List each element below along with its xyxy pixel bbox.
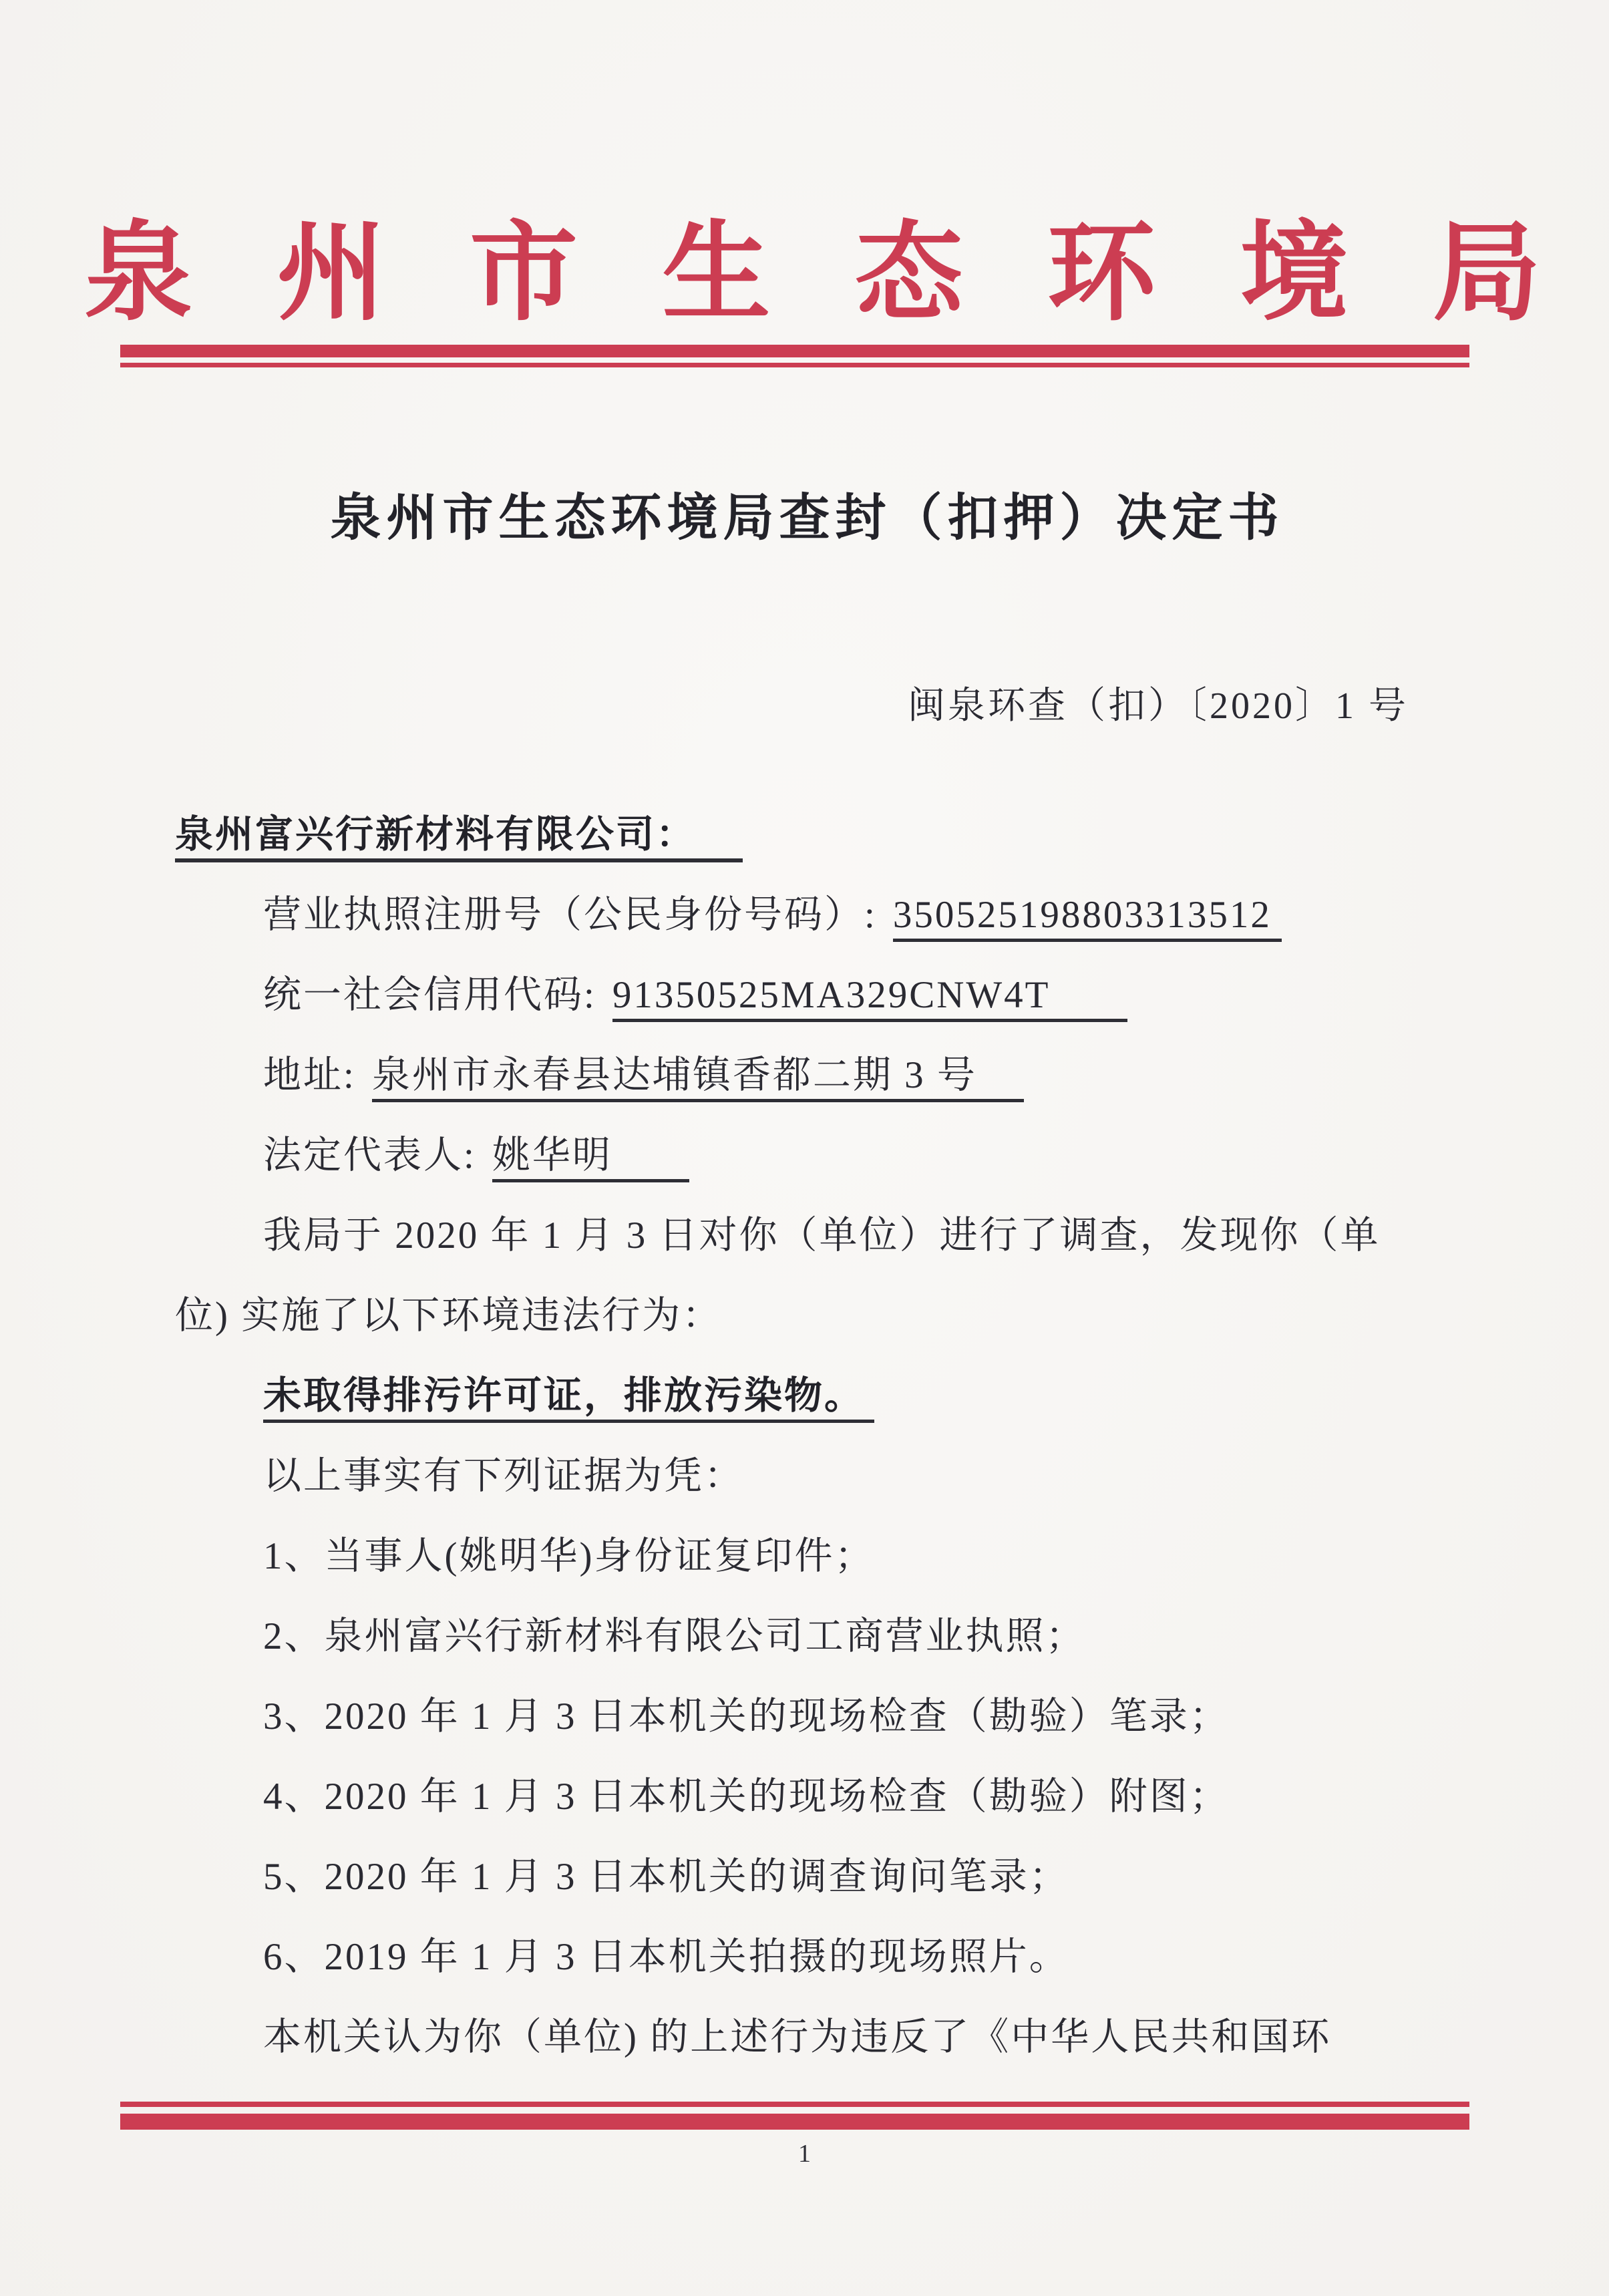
field-legal-representative-value: 姚华明 <box>492 1134 689 1182</box>
field-credit-code-value: 91350525MA329CNW4T <box>612 974 1127 1022</box>
evidence-item-1: 1、当事人(姚明华)身份证复印件； <box>175 1516 1489 1597</box>
evidence-item-4: 4、2020 年 1 月 3 日本机关的现场检查（勘验）附图； <box>175 1757 1489 1837</box>
field-address-label: 地址: <box>263 1054 356 1096</box>
investigation-paragraph-line-2: 位) 实施了以下环境违法行为： <box>175 1276 1489 1356</box>
field-credit-code-label: 统一社会信用代码: <box>263 974 596 1016</box>
field-address-value: 泉州市永春县达埔镇香都二期 3 号 <box>372 1054 1024 1102</box>
document-body: 泉州富兴行新材料有限公司： 营业执照注册号（公民身份号码）:3505251988… <box>175 795 1489 2078</box>
field-business-license-label: 营业执照注册号（公民身份号码）: <box>263 894 877 936</box>
field-business-license-value: 350525198803313512 <box>893 894 1282 942</box>
evidence-item-3: 3、2020 年 1 月 3 日本机关的现场检查（勘验）笔录； <box>175 1677 1489 1757</box>
evidence-intro-line: 以上事实有下列证据为凭： <box>175 1436 1489 1516</box>
letterhead-rule-thin <box>120 363 1469 367</box>
field-credit-code: 统一社会信用代码:91350525MA329CNW4T <box>175 955 1489 1035</box>
footer-rule-thin <box>120 2102 1469 2107</box>
agency-letterhead: 泉州市生态环境局 <box>0 212 1609 337</box>
evidence-item-6: 6、2019 年 1 月 3 日本机关拍摄的现场照片。 <box>175 1917 1489 1997</box>
field-legal-representative: 法定代表人:姚华明 <box>175 1116 1489 1196</box>
document-title: 泉州市生态环境局查封（扣押）决定书 <box>0 477 1609 550</box>
evidence-item-2: 2、泉州富兴行新材料有限公司工商营业执照； <box>175 1597 1489 1677</box>
addressee-company-name: 泉州富兴行新材料有限公司： <box>175 814 743 862</box>
letterhead-rule-thick <box>120 345 1469 357</box>
addressee-line: 泉州富兴行新材料有限公司： <box>175 795 1489 875</box>
document-page: 泉州市生态环境局 泉州市生态环境局查封（扣押）决定书 闽泉环查（扣）〔2020〕… <box>0 0 1609 2296</box>
document-number: 闽泉环查（扣）〔2020〕1 号 <box>908 676 1409 729</box>
footer-rule-thick <box>120 2114 1469 2130</box>
violation-line: 未取得排污许可证，排放污染物。 <box>175 1356 1489 1436</box>
field-legal-representative-label: 法定代表人: <box>263 1134 476 1176</box>
page-number: 1 <box>0 2139 1609 2168</box>
field-business-license: 营业执照注册号（公民身份号码）:350525198803313512 <box>175 875 1489 955</box>
violation-statement: 未取得排污许可证，排放污染物。 <box>263 1375 874 1423</box>
evidence-item-5: 5、2020 年 1 月 3 日本机关的调查询问笔录； <box>175 1837 1489 1917</box>
closing-paragraph-line: 本机关认为你（单位) 的上述行为违反了《中华人民共和国环 <box>175 1997 1489 2078</box>
investigation-paragraph-line-1: 我局于 2020 年 1 月 3 日对你（单位）进行了调查，发现你（单 <box>175 1196 1489 1276</box>
field-address: 地址:泉州市永春县达埔镇香都二期 3 号 <box>175 1035 1489 1116</box>
